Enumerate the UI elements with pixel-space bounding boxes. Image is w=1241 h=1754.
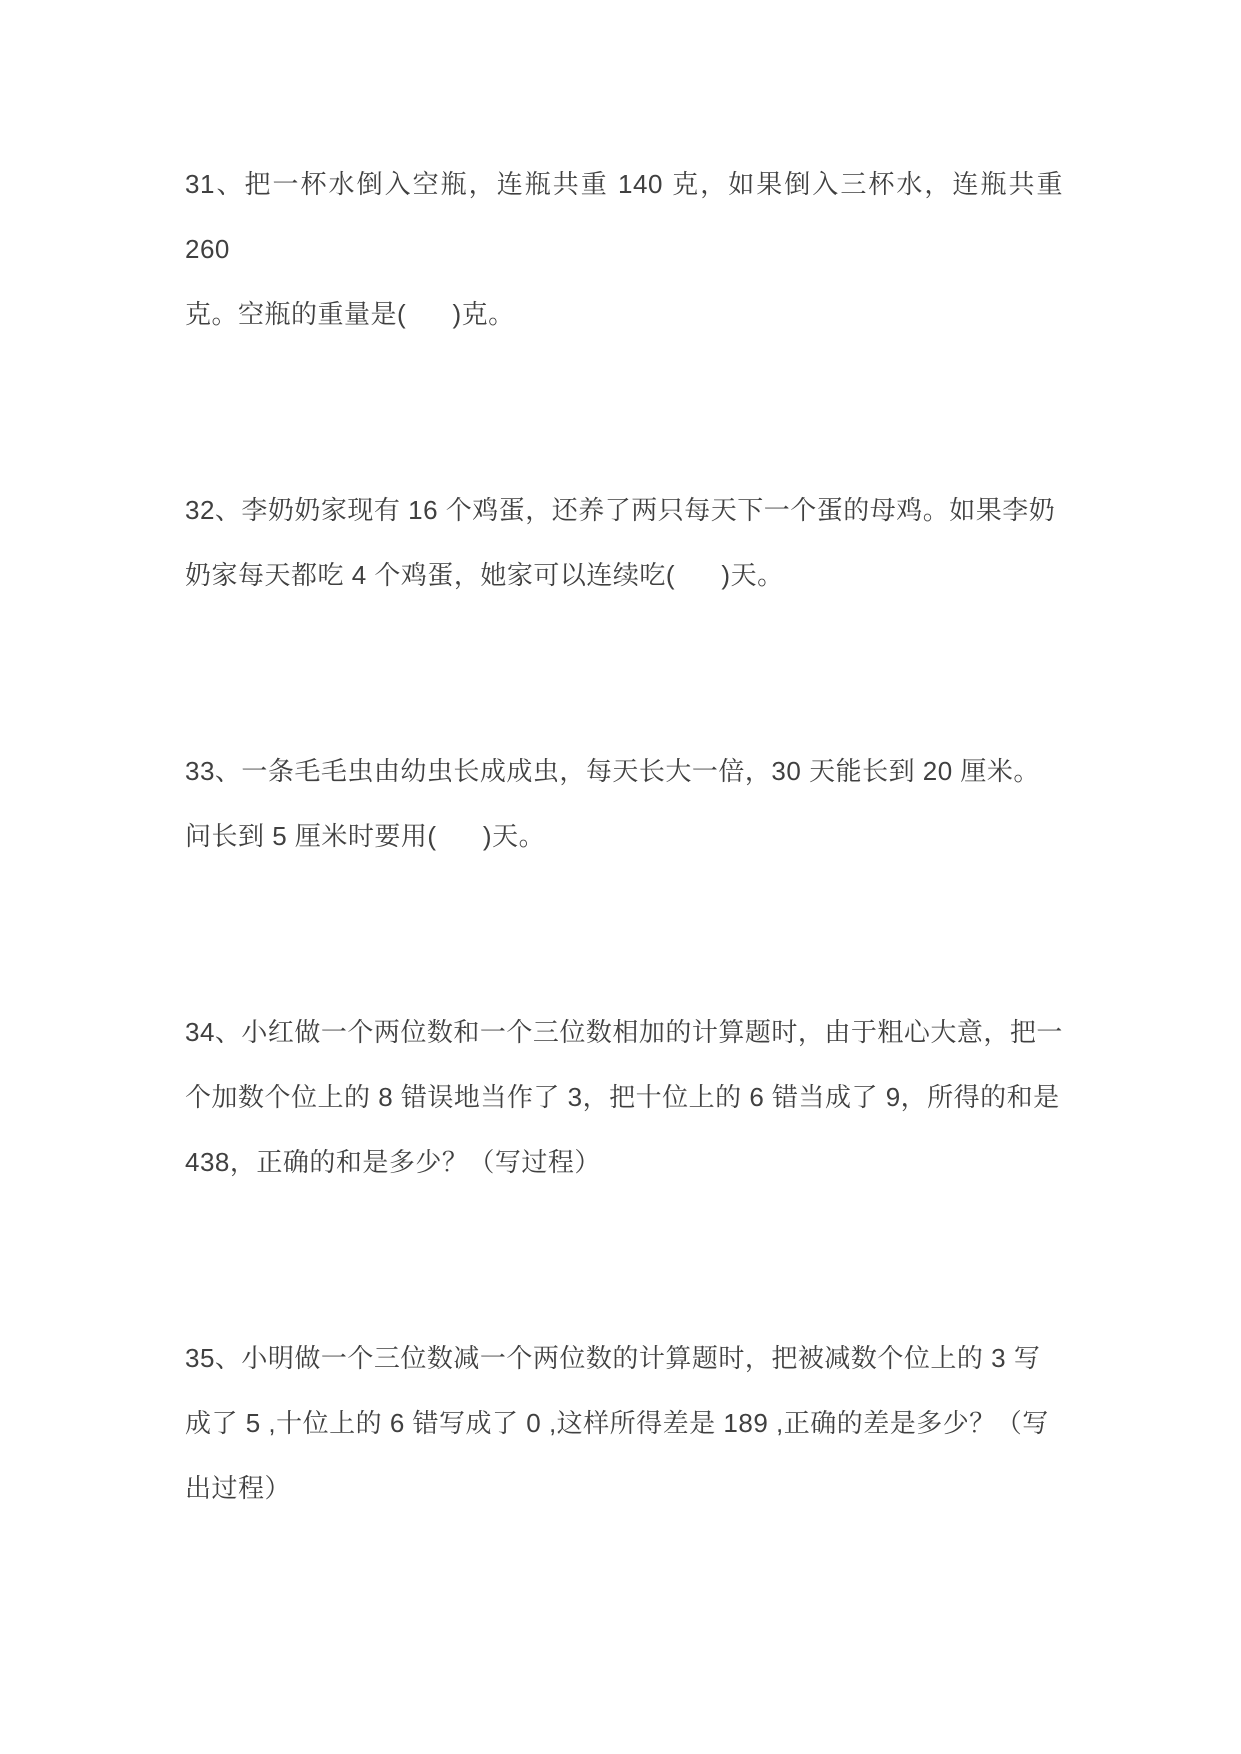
text-line: 成了 5 ,十位上的 6 错写成了 0 ,这样所得差是 189 ,正确的差是多少…	[185, 1391, 1063, 1456]
text-line: 34、小红做一个两位数和一个三位数相加的计算题时，由于粗心大意，把一	[185, 1000, 1063, 1065]
text-line: 35、小明做一个三位数减一个两位数的计算题时，把被减数个位上的 3 写	[185, 1326, 1063, 1391]
text-line: 32、李奶奶家现有 16 个鸡蛋，还养了两只每天下一个蛋的母鸡。如果李奶	[185, 478, 1063, 543]
text-line: 问长到 5 厘米时要用( )天。	[185, 804, 1063, 869]
text-line: 奶家每天都吃 4 个鸡蛋，她家可以连续吃( )天。	[185, 543, 1063, 608]
text-line: 克。空瓶的重量是( )克。	[185, 282, 1063, 347]
text-line: 出过程）	[185, 1456, 1063, 1521]
problem-35: 35、小明做一个三位数减一个两位数的计算题时，把被减数个位上的 3 写成了 5 …	[185, 1326, 1063, 1521]
text-line: 31、把一杯水倒入空瓶，连瓶共重 140 克，如果倒入三杯水，连瓶共重 260	[185, 152, 1063, 282]
text-line: 438，正确的和是多少？（写过程）	[185, 1130, 1063, 1195]
problem-33: 33、一条毛毛虫由幼虫长成成虫，每天长大一倍，30 天能长到 20 厘米。问长到…	[185, 739, 1063, 869]
document-page: 31、把一杯水倒入空瓶，连瓶共重 140 克，如果倒入三杯水，连瓶共重 260克…	[0, 0, 1241, 1754]
problem-list: 31、把一杯水倒入空瓶，连瓶共重 140 克，如果倒入三杯水，连瓶共重 260克…	[0, 0, 1241, 1521]
problem-32: 32、李奶奶家现有 16 个鸡蛋，还养了两只每天下一个蛋的母鸡。如果李奶奶家每天…	[185, 478, 1063, 608]
problem-34: 34、小红做一个两位数和一个三位数相加的计算题时，由于粗心大意，把一个加数个位上…	[185, 1000, 1063, 1195]
text-line: 个加数个位上的 8 错误地当作了 3，把十位上的 6 错当成了 9，所得的和是	[185, 1065, 1063, 1130]
text-line: 33、一条毛毛虫由幼虫长成成虫，每天长大一倍，30 天能长到 20 厘米。	[185, 739, 1063, 804]
problem-31: 31、把一杯水倒入空瓶，连瓶共重 140 克，如果倒入三杯水，连瓶共重 260克…	[185, 152, 1063, 347]
